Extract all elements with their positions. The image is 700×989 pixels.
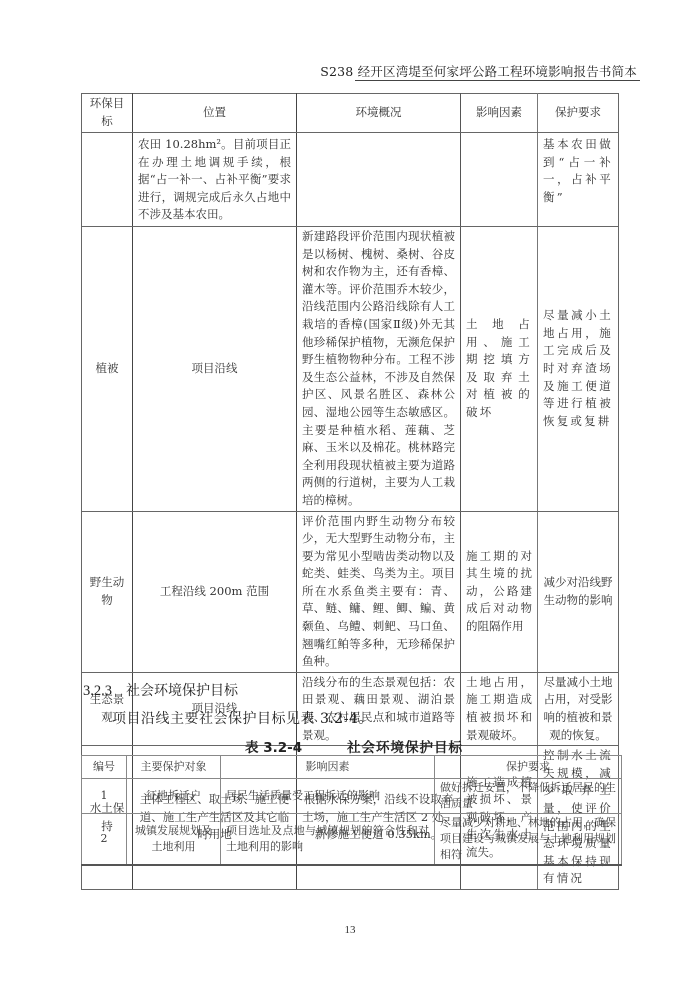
cell-target <box>82 133 133 227</box>
column-header-id: 编号 <box>82 756 127 779</box>
table-row: 植被 项目沿线 新建路段评价范围内现状植被是以杨树、槐树、桑树、谷皮树和农作物为… <box>82 227 619 512</box>
table-header-row: 编号 主要保护对象 影响因素 保护要求 <box>82 756 622 779</box>
cell-factors: 施工期的对其生境的扰动，公路建成后对动物的阻隔作用 <box>461 511 538 672</box>
cell-requirements: 尽量减小土地占用，对受影响的植被和景观的恢复。 <box>538 672 619 745</box>
cell-id: 2 <box>82 814 127 866</box>
section-number: 3.2.3 <box>83 683 112 699</box>
document-header-title: S238 经开区湾堤至何家坪公路工程环境影响报告书简本 <box>320 62 637 80</box>
section-heading: 3.2.3社会环境保护目标 <box>83 680 238 700</box>
table-row: 野生动物 工程沿线 200m 范围 评价范围内野生动物分布较少，无大型野生动物分… <box>82 511 619 672</box>
cell-location: 农田 10.28hm²。目前项目正在办理土地调规手续，根据“占一补一、占补平衡”… <box>133 133 297 227</box>
section-title: 社会环境保护目标 <box>126 683 238 699</box>
cell-factors <box>461 133 538 227</box>
table-caption-number: 表 3.2-4 <box>245 736 302 756</box>
table-header-row: 环保目标 位置 环境概况 影响因素 保护要求 <box>82 94 619 133</box>
cell-location: 工程沿线 200m 范围 <box>133 511 297 672</box>
cell-requirements: 做好拆迁安置，不降低拆迁居民的生活质量 <box>435 779 622 814</box>
column-header-object: 主要保护对象 <box>127 756 221 779</box>
cell-object: 城镇发展规划及土地利用 <box>127 814 221 866</box>
cell-overview: 评价范围内野生动物分布较少，无大型野生动物分布，主要为常见小型啮齿类动物以及蛇类… <box>297 511 461 672</box>
table-caption-title: 社会环境保护目标 <box>347 736 463 756</box>
body-paragraph: 项目沿线主要社会保护目标见表 3.2-4。 <box>112 708 373 728</box>
page-number: 13 <box>0 924 700 936</box>
column-header-overview: 环境概况 <box>297 94 461 133</box>
cell-id: 1 <box>82 779 127 814</box>
column-header-factors: 影响因素 <box>461 94 538 133</box>
column-header-requirements: 保护要求 <box>538 94 619 133</box>
cell-factors: 土地占用、施工期挖填方及取弃土对植被的破坏 <box>461 227 538 512</box>
cell-object: 征地拆迁户 <box>127 779 221 814</box>
table-row: 1 征地拆迁户 居民生活质量受工程拆迁的影响 做好拆迁安置，不降低拆迁居民的生活… <box>82 779 622 814</box>
cell-requirements: 基本农田做到“占一补一，占补平衡” <box>538 133 619 227</box>
column-header-factors: 影响因素 <box>221 756 435 779</box>
cell-location: 项目沿线 <box>133 227 297 512</box>
column-header-target: 环保目标 <box>82 94 133 133</box>
cell-target: 野生动物 <box>82 511 133 672</box>
table-row: 农田 10.28hm²。目前项目正在办理土地调规手续，根据“占一补一、占补平衡”… <box>82 133 619 227</box>
cell-factors: 居民生活质量受工程拆迁的影响 <box>221 779 435 814</box>
cell-requirements: 尽量减少对耕地、林地的占用，确保项目建设与城镇发展与土地利用规划相符 <box>435 814 622 866</box>
column-header-location: 位置 <box>133 94 297 133</box>
cell-factors: 项目选址及点地与城镇规划的符合性和对土地利用的影响 <box>221 814 435 866</box>
header-rule <box>355 80 640 81</box>
cell-requirements: 减少对沿线野生动物的影响 <box>538 511 619 672</box>
cell-target: 植被 <box>82 227 133 512</box>
social-protection-targets-table: 编号 主要保护对象 影响因素 保护要求 1 征地拆迁户 居民生活质量受工程拆迁的… <box>81 755 622 866</box>
cell-factors: 土地占用，施工期造成植被损坏和景观破坏。 <box>461 672 538 745</box>
column-header-requirements: 保护要求 <box>435 756 622 779</box>
cell-requirements: 尽量减小土地占用，施工完成后及时对弃渣场及施工便道等进行植被恢复或复耕 <box>538 227 619 512</box>
cell-overview <box>297 133 461 227</box>
table-row: 2 城镇发展规划及土地利用 项目选址及点地与城镇规划的符合性和对土地利用的影响 … <box>82 814 622 866</box>
cell-overview: 新建路段评价范围内现状植被是以杨树、槐树、桑树、谷皮树和农作物为主，还有香樟、灌… <box>297 227 461 512</box>
